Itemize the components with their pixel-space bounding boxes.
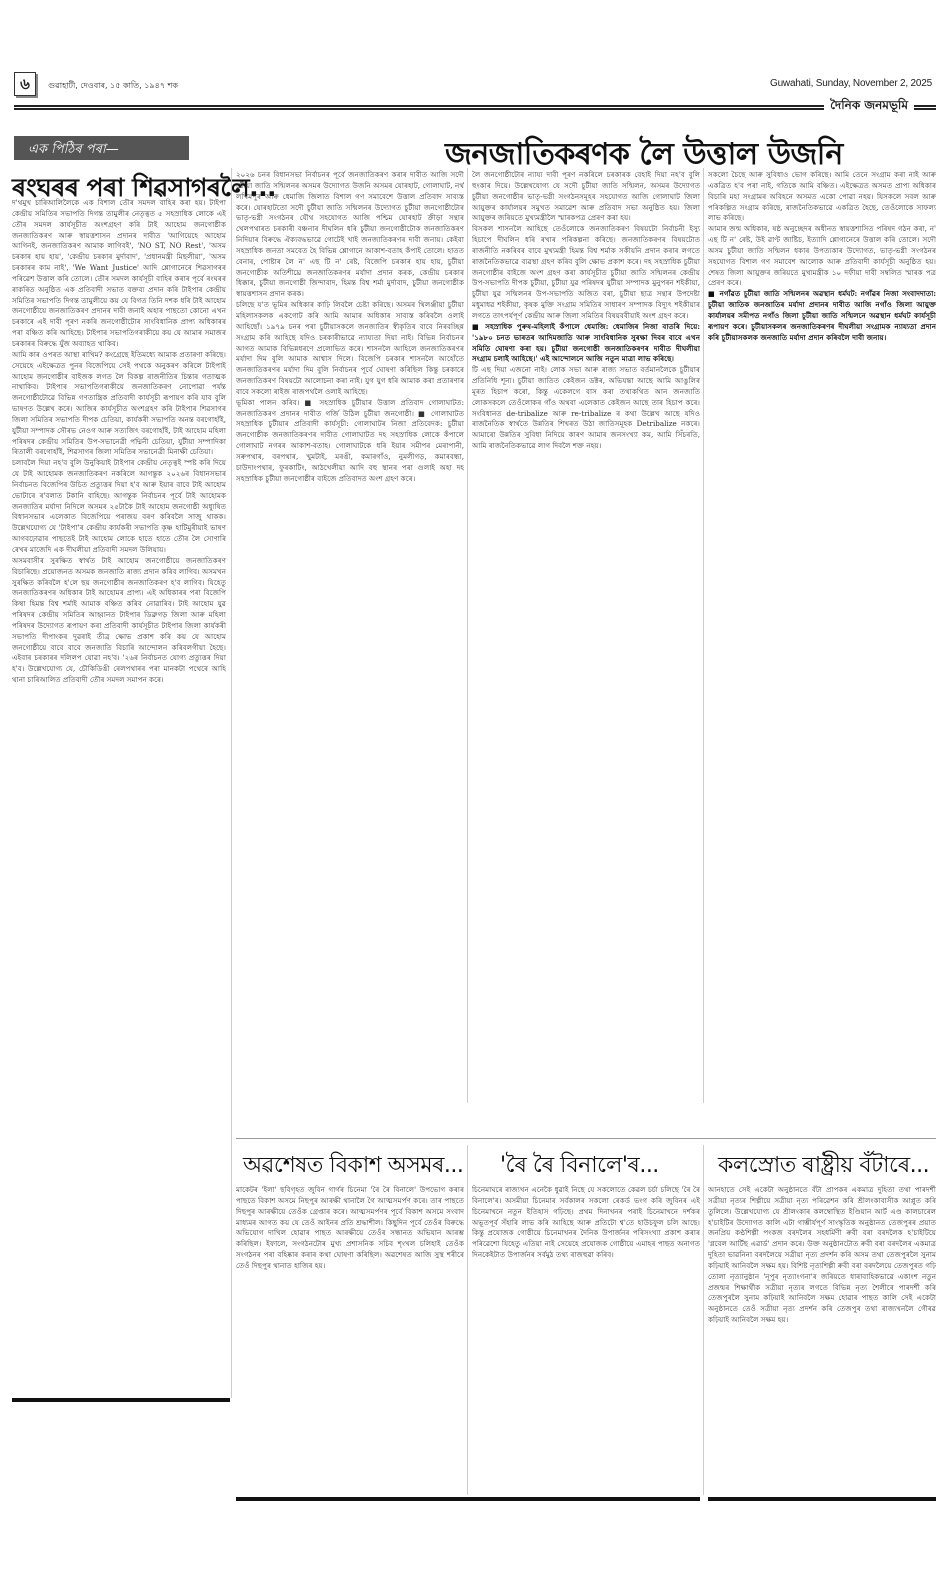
double-rule <box>914 105 936 110</box>
paragraph: অসমবাসীৰ সুৰক্ষিত স্বাৰ্থত টাই আহোম জনগো… <box>12 556 226 686</box>
column-separator <box>703 168 704 1103</box>
column-separator <box>703 1145 704 1495</box>
paragraph: আমি কাৰ ওপৰত আস্থা ৰাখিম? কংগ্ৰেছে ইতিমধ… <box>12 350 226 458</box>
paragraph: লৈ জনগোষ্ঠীটোৰ ন্যায্য দাবী পূৰণ নকৰিলে … <box>472 170 700 224</box>
paragraph: টি এছ দিয়া এজনো নাই। লোক সভা আৰু ৰাজ্য … <box>472 365 700 452</box>
paragraph: চিনেমাঘৰে ৰাজ্যখন এনেকৈ ধুৱাই নিছে যে সক… <box>472 1185 700 1261</box>
masthead-rule: দৈনিক জনমভূমি <box>14 100 936 114</box>
paragraph: চলিছে য'ত ভূমিৰ অধিকাৰ কাঢ়ি লিবলৈ চেষ্ট… <box>236 300 464 398</box>
section-divider <box>236 1138 936 1139</box>
paragraph: সকলো চৈছে আৰু সুবিধাও ভোগ কৰিছে। আমি তেন… <box>708 170 936 224</box>
paragraph: মাকেটৰ 'ইলা' ছবিগৃহত জুবিন গাৰ্গৰ চিনেমা… <box>236 1185 464 1272</box>
subheading-paragraph: ■ সহস্ৰাধিক পুৰুষ-মহিলাই কঁপালে ধেমাজি: … <box>472 322 700 365</box>
article-end-rule <box>236 1497 700 1501</box>
article-end-rule <box>12 1398 230 1402</box>
main-article-col-2: লৈ জনগোষ্ঠীটোৰ ন্যায্য দাবী পূৰণ নকৰিলে … <box>472 170 700 1100</box>
paragraph: ভূমিকা পালন কৰিব। ■ সহস্ৰাধিক চুটীয়াৰ উ… <box>236 398 464 485</box>
paragraph: চলাবলৈ দিয়া নহ'ব বুলি উনুকিয়াই টাইপাৰ … <box>12 458 226 556</box>
paragraph: দ'থমুখ চাৰিআলিলৈকে এক বিশাল তৌৰ সমদল বাহ… <box>12 198 226 350</box>
double-rule <box>14 105 824 110</box>
sub-article-2-body: চিনেমাঘৰে ৰাজ্যখন এনেকৈ ধুৱাই নিছে যে সক… <box>472 1185 700 1497</box>
section-kicker: এক পিঠিৰ পৰা— <box>14 136 189 160</box>
page-number: ৬ <box>14 72 36 96</box>
paragraph: বিসকল শাসনলৈ আহিছে তেওঁলোকে জনজাতিকৰণ বি… <box>472 224 700 322</box>
article-end-rule <box>708 1497 936 1501</box>
paragraph: ২০২৬ চনৰ বিধানসভা নিৰ্বাচনৰ পূৰ্বে জনজাত… <box>236 170 464 300</box>
main-article-col-1: ২০২৬ চনৰ বিধানসভা নিৰ্বাচনৰ পূৰ্বে জনজাত… <box>236 170 464 1100</box>
paragraph: আমাৰ জন্ম অধিকাৰ, ষষ্ঠ অনুচ্ছেদৰ অধীনত স… <box>708 224 936 289</box>
date-assamese: গুৱাহাটী, দেওবাৰ, ১৫ কাতি, ১৯৪৭ শক <box>48 80 178 93</box>
left-article-body: দ'থমুখ চাৰিআলিলৈকে এক বিশাল তৌৰ সমদল বাহ… <box>12 198 226 1393</box>
column-separator <box>231 168 232 1398</box>
sub-article-1-body: মাকেটৰ 'ইলা' ছবিগৃহত জুবিন গাৰ্গৰ চিনেমা… <box>236 1185 464 1497</box>
masthead: ৬ গুৱাহাটী, দেওবাৰ, ১৫ কাতি, ১৯৪৭ শক Guw… <box>8 70 940 125</box>
date-english: Guwahati, Sunday, November 2, 2025 <box>770 78 932 89</box>
main-article-col-3: সকলো চৈছে আৰু সুবিধাও ভোগ কৰিছে। আমি তেন… <box>708 170 936 1100</box>
paragraph: আনহাতে সেই একেটা অনুষ্ঠানতে বঁটা প্ৰাপকৰ… <box>708 1185 936 1326</box>
paper-name: দৈনিক জনমভূমি <box>830 97 908 117</box>
column-separator <box>467 1145 468 1495</box>
subheading-paragraph: ■ নগাঁৱত চুটীয়া জাতি সন্মিলনৰ অৱস্থান ধ… <box>708 289 936 343</box>
sub-article-3-body: আনহাতে সেই একেটা অনুষ্ঠানতে বঁটা প্ৰাপকৰ… <box>708 1185 936 1497</box>
sub-article-1-headline: অৱশেষত বিকাশ অসমৰ... <box>243 1148 463 1185</box>
sub-article-3-headline: কলস্ৰোত ৰাষ্ট্ৰীয় বঁটাৰে... <box>718 1148 929 1185</box>
column-separator <box>467 168 468 1103</box>
sub-article-2-headline: 'ৰৈ ৰৈ বিনালে'ৰ... <box>500 1148 659 1185</box>
